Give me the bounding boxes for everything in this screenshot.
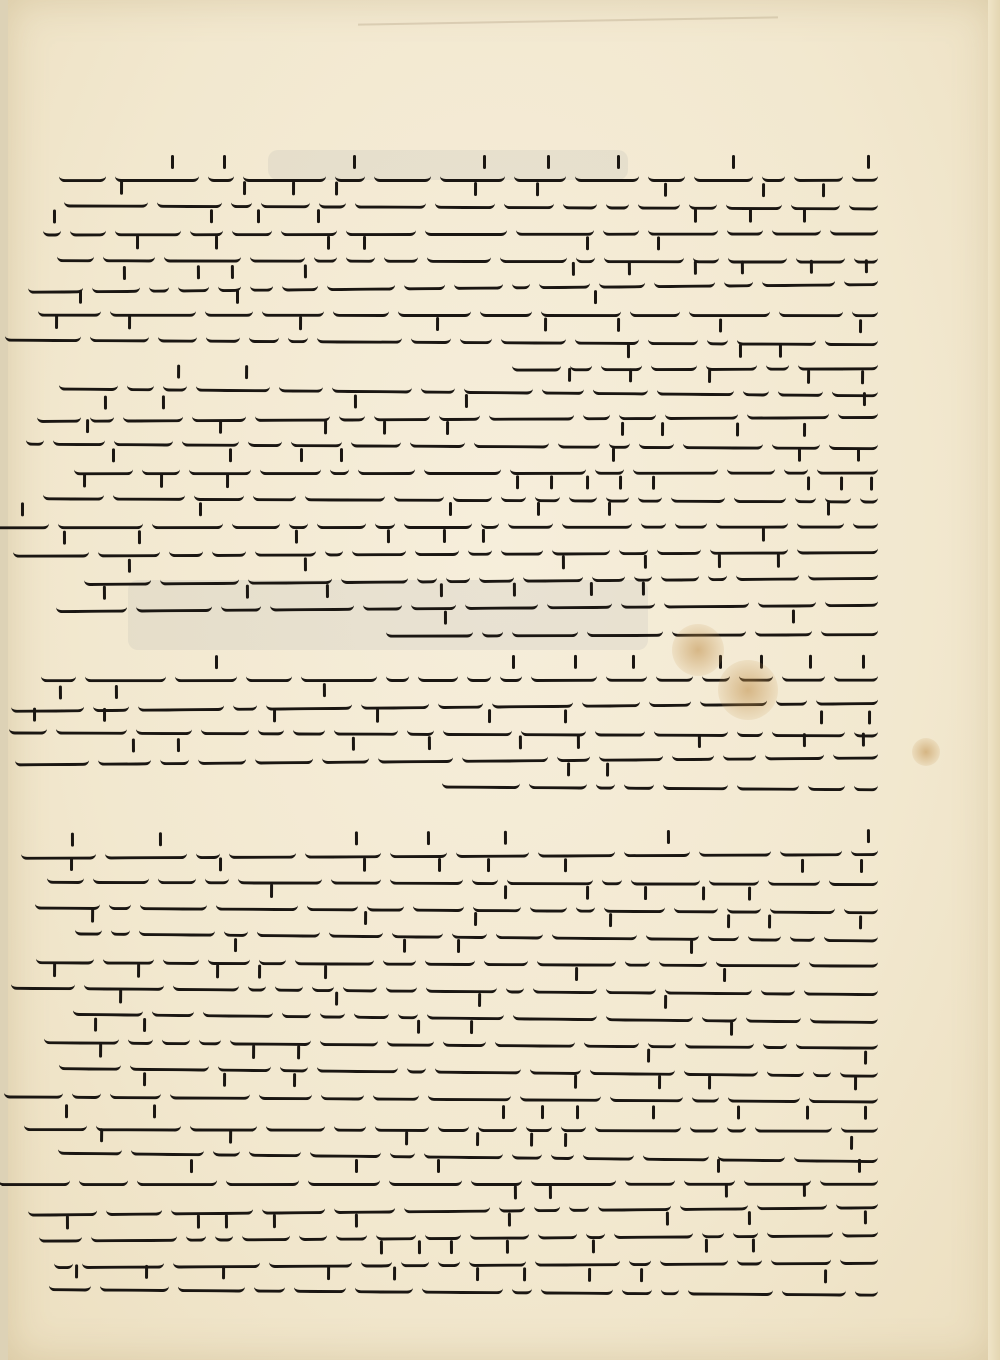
handwritten-word: [259, 948, 286, 965]
handwritten-word: [727, 219, 763, 236]
handwritten-word: [186, 1225, 206, 1242]
handwritten-word: [464, 377, 533, 395]
handwritten-word: [614, 1221, 693, 1239]
handwritten-word: [190, 219, 223, 236]
handwritten-word: [699, 840, 771, 857]
handwritten-word: [127, 374, 154, 391]
handwritten-word: [780, 839, 842, 856]
handwritten-word: [808, 774, 845, 791]
manuscript-line: [24, 1109, 878, 1133]
handwritten-word: [100, 1275, 169, 1292]
handwritten-word: [358, 458, 415, 475]
handwritten-word: [569, 485, 597, 502]
handwritten-word: [175, 665, 237, 682]
handwritten-word: [53, 429, 105, 446]
handwritten-word: [425, 219, 507, 236]
handwritten-word: [363, 593, 402, 610]
handwritten-word: [583, 1143, 634, 1161]
handwritten-word: [79, 1169, 128, 1186]
handwritten-word: [254, 1276, 285, 1293]
handwritten-word: [266, 693, 352, 711]
handwritten-word: [474, 431, 549, 448]
handwritten-word: [39, 1225, 82, 1242]
handwritten-word: [415, 539, 459, 556]
handwritten-word: [728, 246, 787, 263]
handwritten-word: [103, 245, 155, 262]
manuscript-line: [28, 1187, 878, 1216]
handwritten-word: [707, 328, 728, 345]
handwritten-word: [766, 354, 789, 371]
handwritten-word: [512, 354, 561, 371]
handwritten-word: [255, 405, 330, 422]
handwritten-word: [638, 486, 662, 503]
handwritten-word: [794, 1145, 878, 1163]
handwritten-word: [270, 594, 354, 612]
handwritten-word: [734, 486, 786, 503]
handwritten-word: [471, 1169, 522, 1186]
handwritten-word: [248, 567, 332, 585]
handwritten-word: [427, 246, 491, 263]
handwritten-word: [164, 245, 241, 262]
handwritten-word: [417, 566, 437, 583]
handwritten-word: [329, 921, 383, 938]
manuscript-line: [0, 507, 878, 530]
handwritten-word: [131, 1139, 204, 1157]
handwritten-word: [648, 328, 698, 345]
handwritten-word: [394, 485, 444, 502]
handwritten-word: [49, 1274, 91, 1291]
handwritten-word: [59, 1053, 121, 1071]
foxing-stain: [912, 738, 940, 766]
handwritten-word: [661, 564, 699, 581]
handwritten-word: [84, 973, 164, 991]
handwritten-word: [558, 432, 600, 449]
manuscript-line: [43, 213, 878, 236]
handwritten-word: [535, 485, 560, 502]
handwritten-word: [852, 300, 878, 317]
handwritten-word: [472, 868, 498, 885]
handwritten-word: [428, 1084, 511, 1101]
handwritten-word: [54, 1252, 73, 1269]
handwritten-word: [680, 1193, 748, 1211]
handwritten-word: [587, 620, 663, 637]
handwritten-word: [213, 1139, 240, 1156]
handwritten-word: [724, 270, 753, 287]
handwritten-word: [798, 353, 878, 370]
handwritten-word: [737, 329, 816, 346]
handwritten-word: [782, 1279, 846, 1296]
handwritten-word: [683, 432, 763, 449]
handwritten-word: [410, 431, 465, 448]
handwritten-word: [506, 976, 524, 993]
handwritten-word: [301, 665, 377, 682]
handwritten-word: [98, 540, 160, 557]
handwritten-word: [320, 1029, 378, 1046]
manuscript-line: [43, 478, 878, 503]
handwritten-word: [0, 512, 49, 529]
handwritten-word: [562, 512, 632, 529]
handwritten-word: [288, 326, 308, 343]
handwritten-word: [21, 843, 96, 860]
handwritten-word: [468, 539, 492, 556]
handwritten-word: [331, 868, 381, 885]
handwritten-word: [160, 568, 239, 586]
handwritten-word: [93, 867, 149, 884]
handwritten-word: [648, 1031, 676, 1048]
handwritten-word: [140, 893, 207, 910]
handwritten-word: [631, 868, 700, 885]
handwritten-word: [537, 949, 616, 966]
handwritten-word: [190, 1114, 257, 1131]
handwritten-word: [72, 1082, 101, 1099]
handwritten-word: [479, 566, 514, 583]
handwritten-word: [809, 950, 878, 967]
handwritten-word: [762, 165, 785, 182]
handwritten-word: [582, 690, 640, 708]
handwritten-word: [784, 458, 808, 475]
handwritten-word: [661, 1278, 679, 1295]
handwritten-word: [648, 219, 718, 236]
handwritten-word: [114, 429, 173, 446]
handwritten-word: [853, 512, 878, 529]
handwritten-word: [411, 327, 451, 344]
handwritten-word: [599, 744, 663, 762]
handwritten-word: [516, 219, 594, 236]
handwritten-word: [56, 718, 127, 735]
handwritten-word: [336, 1224, 367, 1241]
handwritten-word: [603, 219, 639, 236]
handwritten-word: [319, 191, 346, 208]
handwritten-word: [727, 458, 775, 475]
handwritten-word: [767, 1221, 833, 1238]
handwritten-word: [255, 747, 313, 764]
manuscript-line: [4, 1076, 878, 1103]
handwritten-word: [439, 404, 480, 421]
handwritten-word: [215, 1224, 233, 1241]
handwritten-word: [93, 695, 129, 712]
handwritten-word: [813, 1060, 831, 1077]
handwritten-word: [390, 1141, 415, 1158]
handwritten-word: [757, 1193, 827, 1211]
handwritten-word: [737, 1248, 762, 1265]
handwritten-word: [708, 564, 727, 581]
handwritten-word: [456, 841, 529, 858]
handwritten-word: [248, 430, 282, 447]
handwritten-word: [346, 219, 416, 236]
handwritten-word: [58, 1138, 122, 1156]
handwritten-word: [322, 747, 369, 764]
handwritten-word: [465, 592, 538, 610]
handwritten-word: [454, 273, 503, 290]
handwritten-word: [551, 1143, 574, 1160]
handwritten-word: [425, 1223, 461, 1240]
handwritten-word: [232, 219, 272, 236]
handwritten-word: [523, 565, 583, 582]
handwritten-word: [374, 404, 430, 421]
handwritten-word: [514, 165, 566, 182]
handwritten-word: [320, 1001, 345, 1018]
handwritten-word: [702, 1005, 737, 1022]
handwritten-word: [82, 1252, 164, 1269]
handwritten-word: [733, 1221, 758, 1238]
handwritten-word: [317, 1056, 398, 1074]
handwritten-word: [352, 539, 406, 556]
handwritten-word: [460, 327, 492, 344]
handwritten-word: [513, 1003, 597, 1021]
handwritten-word: [59, 374, 118, 391]
handwritten-word: [438, 692, 483, 709]
handwritten-word: [794, 165, 843, 182]
handwritten-word: [375, 1115, 429, 1132]
handwritten-word: [136, 595, 212, 613]
handwritten-word: [716, 512, 788, 529]
handwritten-word: [229, 842, 296, 859]
handwritten-word: [609, 432, 630, 449]
handwritten-word: [327, 274, 395, 292]
handwritten-word: [809, 1086, 878, 1103]
handwritten-word: [378, 746, 453, 764]
handwritten-word: [755, 1116, 832, 1133]
handwritten-word: [624, 773, 654, 790]
handwritten-word: [59, 165, 106, 182]
handwritten-word: [250, 275, 273, 292]
handwritten-word: [341, 567, 408, 585]
handwritten-word: [90, 406, 114, 423]
handwritten-word: [508, 512, 553, 529]
handwritten-word: [771, 1248, 831, 1265]
handwritten-word: [295, 948, 374, 965]
handwritten-word: [438, 1115, 469, 1132]
manuscript-line: [37, 397, 878, 423]
handwritten-word: [583, 403, 610, 420]
handwritten-word: [533, 977, 597, 994]
handwritten-word: [606, 977, 656, 994]
handwritten-word: [169, 540, 203, 557]
handwritten-word: [604, 246, 684, 263]
handwritten-word: [317, 326, 402, 343]
handwritten-word: [790, 925, 815, 942]
handwritten-word: [649, 690, 691, 707]
handwritten-word: [737, 773, 799, 790]
handwritten-word: [233, 694, 257, 711]
handwritten-word: [390, 841, 447, 858]
handwritten-word: [426, 976, 497, 994]
handwritten-word: [427, 1003, 504, 1021]
handwritten-word: [797, 512, 844, 529]
handwritten-word: [266, 1115, 325, 1132]
handwritten-word: [855, 1280, 878, 1297]
handwritten-word: [259, 1083, 312, 1100]
handwritten-word: [629, 1249, 651, 1266]
handwritten-word: [648, 165, 685, 182]
handwritten-word: [584, 1031, 639, 1048]
handwritten-word: [778, 380, 823, 397]
handwritten-word: [424, 458, 501, 475]
handwritten-word: [542, 378, 584, 395]
handwritten-word: [541, 300, 621, 317]
handwritten-word: [335, 165, 365, 182]
manuscript-line: [28, 264, 878, 294]
handwritten-word: [595, 720, 645, 737]
handwritten-word: [367, 895, 404, 912]
handwritten-word: [821, 619, 878, 636]
handwritten-word: [728, 1086, 800, 1103]
handwritten-word: [547, 592, 612, 609]
handwritten-word: [110, 1082, 161, 1099]
handwritten-word: [208, 165, 234, 182]
handwritten-word: [64, 191, 148, 208]
handwritten-word: [212, 540, 246, 557]
handwritten-word: [772, 720, 845, 737]
handwritten-word: [690, 1115, 718, 1132]
handwritten-word: [634, 565, 652, 582]
handwritten-word: [411, 593, 456, 610]
handwritten-word: [824, 925, 878, 942]
handwritten-word: [443, 719, 512, 736]
handwritten-word: [723, 744, 756, 761]
handwritten-word: [665, 978, 752, 996]
handwritten-word: [820, 1169, 878, 1186]
manuscript-line: [59, 369, 878, 398]
handwritten-word: [407, 719, 434, 736]
handwritten-word: [137, 1169, 217, 1186]
handwritten-word: [269, 1251, 352, 1268]
handwritten-word: [257, 920, 320, 938]
handwritten-word: [255, 540, 316, 557]
manuscript-line: [11, 968, 878, 996]
manuscript-line: [56, 585, 878, 613]
handwritten-word: [657, 379, 734, 397]
handwritten-word: [282, 1001, 311, 1018]
handwritten-word: [75, 918, 102, 935]
handwritten-word: [232, 512, 280, 529]
handwritten-word: [779, 300, 843, 317]
handwritten-word: [689, 193, 717, 210]
handwritten-word: [765, 743, 824, 760]
handwritten-word: [85, 665, 166, 682]
handwritten-word: [260, 458, 321, 475]
handwritten-word: [633, 458, 718, 475]
handwritten-word: [253, 484, 296, 501]
handwritten-word: [840, 1060, 878, 1077]
handwritten-word: [541, 1278, 613, 1295]
handwritten-word: [314, 246, 337, 263]
handwritten-word: [36, 947, 94, 964]
handwritten-word: [706, 354, 757, 371]
handwritten-word: [38, 300, 101, 317]
handwritten-word: [275, 975, 303, 992]
handwritten-word: [56, 596, 127, 614]
handwritten-word: [665, 403, 738, 420]
handwritten-word: [808, 563, 878, 581]
handwritten-word: [854, 774, 878, 791]
handwritten-word: [57, 245, 94, 262]
handwritten-word: [152, 1000, 194, 1017]
handwritten-word: [196, 842, 220, 859]
handwritten-word: [772, 219, 821, 236]
manuscript-page: [8, 0, 993, 1360]
handwritten-word: [293, 718, 325, 735]
handwritten-word: [312, 975, 334, 992]
handwritten-word: [404, 512, 472, 529]
handwritten-word: [355, 192, 426, 209]
handwritten-word: [199, 1028, 221, 1045]
manuscript-line: [44, 1022, 878, 1049]
handwritten-word: [625, 950, 650, 967]
paragraph-p2: [28, 372, 878, 642]
manuscript-line: [26, 424, 878, 450]
handwritten-word: [797, 537, 878, 554]
handwritten-word: [262, 1197, 325, 1215]
handwritten-word: [840, 1248, 878, 1265]
handwritten-word: [758, 590, 816, 607]
handwritten-word: [173, 974, 239, 991]
handwritten-word: [685, 1031, 754, 1048]
handwritten-word: [160, 748, 189, 765]
handwritten-word: [552, 923, 637, 941]
handwritten-word: [557, 745, 590, 762]
handwritten-word: [90, 325, 149, 342]
handwritten-word: [692, 1085, 719, 1102]
handwritten-word: [361, 1250, 392, 1267]
handwritten-word: [727, 1116, 746, 1133]
handwritten-word: [351, 430, 401, 447]
manuscript-line: [84, 558, 878, 586]
handwritten-word: [770, 897, 835, 914]
handwritten-word: [702, 1221, 724, 1238]
handwritten-word: [622, 1278, 652, 1295]
page-right-edge: [988, 0, 1000, 1360]
handwritten-word: [816, 688, 878, 706]
handwritten-word: [139, 919, 215, 937]
handwritten-word: [203, 1000, 273, 1018]
handwritten-word: [249, 326, 279, 343]
handwritten-word: [70, 219, 106, 236]
handwritten-word: [606, 1004, 693, 1022]
handwritten-word: [438, 1250, 460, 1267]
handwritten-word: [375, 512, 395, 529]
handwritten-word: [746, 1006, 801, 1024]
handwritten-word: [467, 665, 491, 682]
handwritten-word: [796, 247, 845, 264]
manuscript-line: [57, 240, 878, 263]
handwritten-word: [657, 538, 701, 555]
handwritten-word: [258, 718, 284, 735]
handwritten-word: [37, 406, 81, 423]
handwritten-word: [230, 1029, 311, 1047]
handwritten-word: [512, 1277, 532, 1294]
handwritten-word: [171, 1198, 253, 1216]
handwritten-word: [684, 1059, 758, 1077]
manuscript-line: [38, 295, 878, 317]
handwritten-word: [163, 374, 187, 391]
handwritten-word: [817, 458, 878, 475]
foxing-stain: [672, 624, 724, 676]
handwritten-word: [110, 300, 196, 317]
handwritten-word: [693, 246, 719, 263]
handwritten-word: [619, 538, 648, 555]
handwritten-word: [243, 165, 326, 182]
handwritten-word: [374, 165, 431, 182]
handwritten-word: [330, 458, 349, 475]
manuscript-line: [442, 767, 878, 792]
handwritten-word: [41, 665, 76, 682]
handwritten-word: [307, 894, 358, 911]
handwritten-word: [392, 921, 443, 938]
handwritten-word: [443, 1030, 486, 1047]
handwritten-word: [489, 403, 574, 420]
handwritten-word: [96, 1114, 181, 1131]
